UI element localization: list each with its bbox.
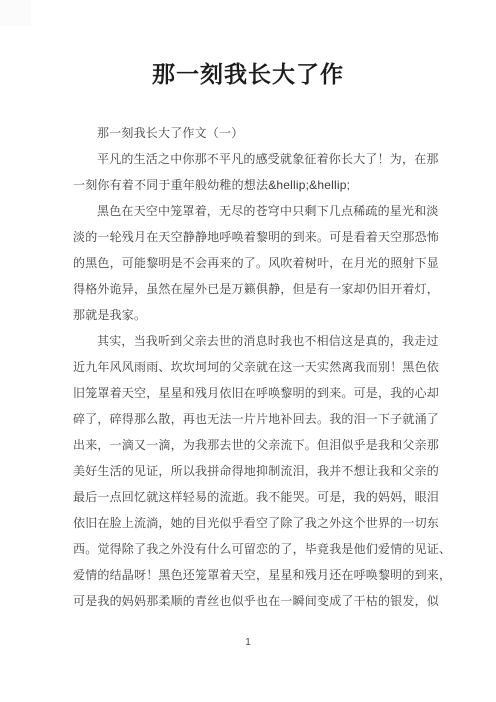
scan-artifact xyxy=(0,0,31,26)
text-line: 爱情的结晶呀！黑色还笼罩着天空，星星和残月还在呼唤黎明的到来， xyxy=(73,562,453,588)
document-title: 那一刻我长大了作 xyxy=(0,58,496,90)
text-line: 出来，一滴又一滴，为我那去世的父亲流下。但泪似乎是我和父亲那 xyxy=(73,432,453,458)
text-line: 黑色在天空中笼罩着，无尽的苍穹中只剩下几点稀疏的星光和淡 xyxy=(73,198,453,224)
document-page: 那一刻我长大了作 那一刻我长大了作文（一） 平凡的生活之中你那不平凡的感受就象征… xyxy=(0,0,496,702)
text-line: 旧笼罩着天空，星星和残月依旧在呼唤黎明的到来。可是，我的心却 xyxy=(73,380,453,406)
text-line: 平凡的生活之中你那不平凡的感受就象征着你长大了！为，在那 xyxy=(73,146,453,172)
text-line: 最后一点回忆就这样轻易的流逝。我不能哭。可是，我的妈妈，眼泪 xyxy=(73,484,453,510)
text-line: 依旧在脸上流淌，她的目光似乎看空了除了我之外这个世界的一切东 xyxy=(73,510,453,536)
text-line: 碎了，碎得那么散，再也无法一片片地补回去。我的泪一下子就涌了 xyxy=(73,406,453,432)
document-body: 那一刻我长大了作文（一） 平凡的生活之中你那不平凡的感受就象征着你长大了！为，在… xyxy=(73,120,453,614)
text-line: 淡的一轮残月在天空静静地呼唤着黎明的到来。可是看着天空那恐怖 xyxy=(73,224,453,250)
text-line: 近九年风风雨雨、坎坎坷坷的父亲就在这一天实然离我而别！黑色依 xyxy=(73,354,453,380)
text-line: 那就是我家。 xyxy=(73,302,453,328)
text-line: 其实，当我听到父亲去世的消息时我也不相信这是真的，我走过 xyxy=(73,328,453,354)
text-line: 西。觉得除了我之外没有什么可留恋的了，毕竟我是他们爱情的见证、 xyxy=(73,536,453,562)
text-line: 一刻你有着不同于重年般幼稚的想法&hellip;&hellip; xyxy=(73,172,453,198)
text-line: 美好生活的见证，所以我拼命得地抑制流泪，我并不想让我和父亲的 xyxy=(73,458,453,484)
text-line: 得格外诡异，虽然在屋外已是万籁俱静，但是有一家却仍旧开着灯， xyxy=(73,276,453,302)
text-line: 的黑色，可能黎明是不会再来的了。风吹着树叶，在月光的照射下显 xyxy=(73,250,453,276)
text-line: 可是我的妈妈那柔顺的青丝也似乎也在一瞬间变成了干枯的银发，似 xyxy=(73,588,453,614)
page-number: 1 xyxy=(0,636,496,650)
text-line: 那一刻我长大了作文（一） xyxy=(73,120,453,146)
